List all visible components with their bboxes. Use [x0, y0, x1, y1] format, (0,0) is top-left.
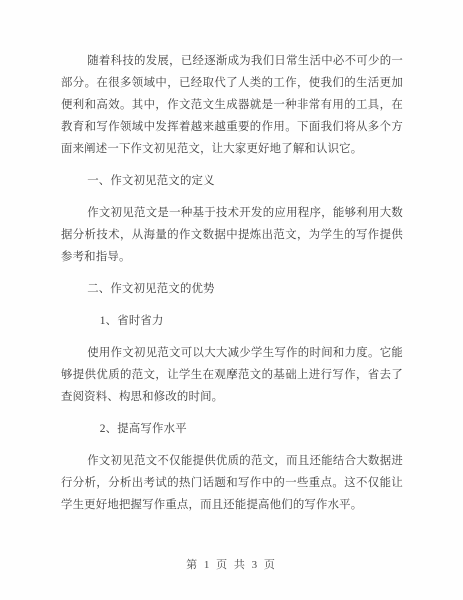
section-2-heading: 二、作文初见范文的优势: [61, 278, 403, 300]
intro-paragraph: 随着科技的发展，已经逐渐成为我们日常生活中必不可少的一部分。在很多领域中，已经取…: [61, 50, 403, 160]
advantage-2-paragraph: 作文初见范文不仅能提供优质的范文，而且还能结合大数据进行分析，分析出考试的热门话…: [61, 450, 403, 516]
page-footer: 第 1 页 共 3 页: [0, 556, 463, 572]
section-1-heading: 一、作文初见范文的定义: [61, 170, 403, 192]
page-number-text: 第 1 页 共 3 页: [186, 559, 277, 571]
document-page: 随着科技的发展，已经逐渐成为我们日常生活中必不可少的一部分。在很多领域中，已经取…: [0, 0, 463, 600]
advantage-1-paragraph: 使用作文初见范文可以大大减少学生写作的时间和力度。它能够提供优质的范文，让学生在…: [61, 342, 403, 408]
section-1-paragraph: 作文初见范文是一种基于技术开发的应用程序，能够利用大数据分析技术，从海量的作文数…: [61, 202, 403, 268]
document-body: 随着科技的发展，已经逐渐成为我们日常生活中必不可少的一部分。在很多领域中，已经取…: [61, 50, 403, 526]
advantage-2-subheading: 2、提高写作水平: [61, 418, 403, 440]
advantage-1-subheading: 1、省时省力: [61, 310, 403, 332]
